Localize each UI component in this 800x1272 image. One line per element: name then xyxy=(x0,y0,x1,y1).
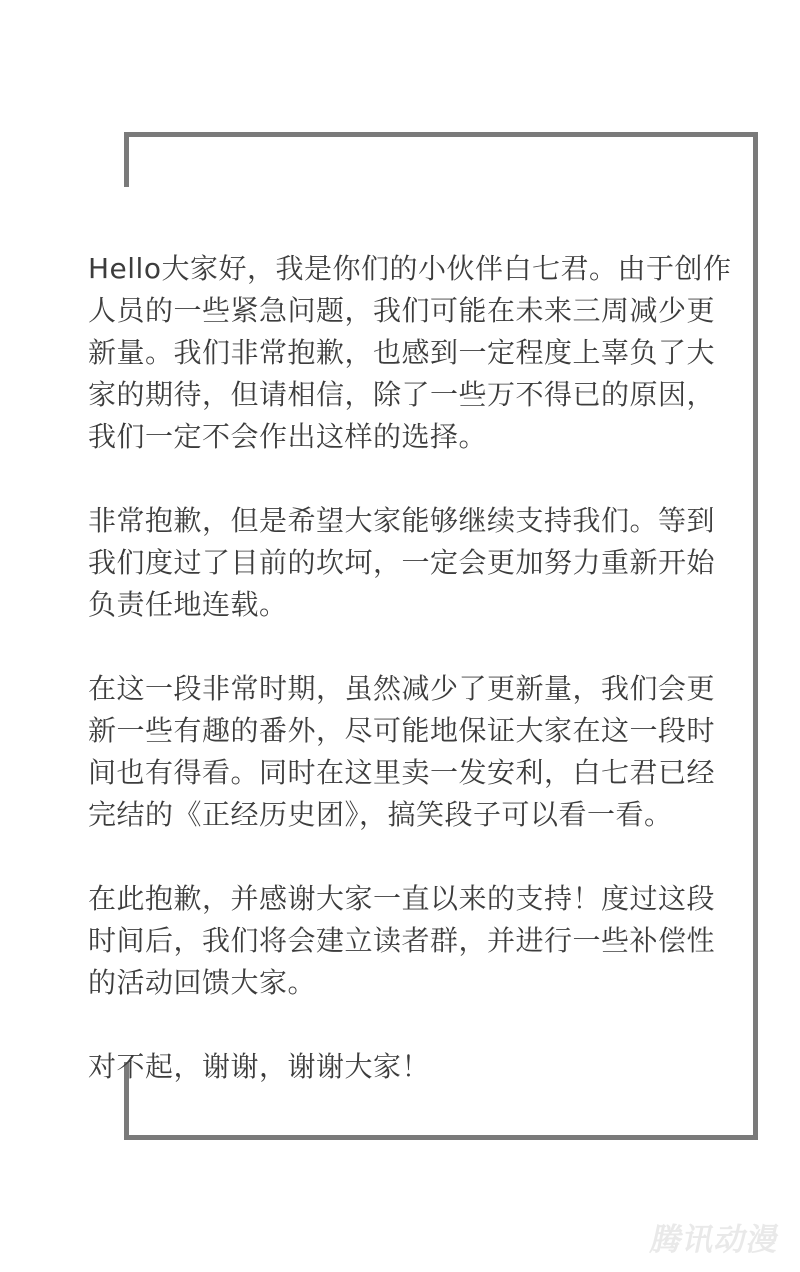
frame-top-line xyxy=(124,132,758,137)
notice-paragraph-thanks: 在此抱歉，并感谢大家一直以来的支持！度过这段时间后，我们将会建立读者群，并进行一… xyxy=(88,878,736,1004)
frame-right-line xyxy=(753,132,758,1140)
notice-paragraph-closing: 对不起，谢谢，谢谢大家！ xyxy=(88,1046,736,1088)
notice-page: Hello大家好，我是你们的小伙伴白七君。由于创作人员的一些紧急问题，我们可能在… xyxy=(0,0,800,1272)
notice-paragraph-intro: Hello大家好，我是你们的小伙伴白七君。由于创作人员的一些紧急问题，我们可能在… xyxy=(88,248,736,458)
notice-text: Hello大家好，我是你们的小伙伴白七君。由于创作人员的一些紧急问题，我们可能在… xyxy=(88,248,736,1088)
notice-paragraph-apology: 非常抱歉，但是希望大家能够继续支持我们。等到我们度过了目前的坎坷，一定会更加努力… xyxy=(88,500,736,626)
tencent-comics-watermark: 腾讯动漫 xyxy=(647,1214,785,1259)
frame-left-top-stub xyxy=(124,132,129,187)
notice-paragraph-extras: 在这一段非常时期，虽然减少了更新量，我们会更新一些有趣的番外，尽可能地保证大家在… xyxy=(88,668,736,836)
frame-bottom-line xyxy=(124,1135,758,1140)
